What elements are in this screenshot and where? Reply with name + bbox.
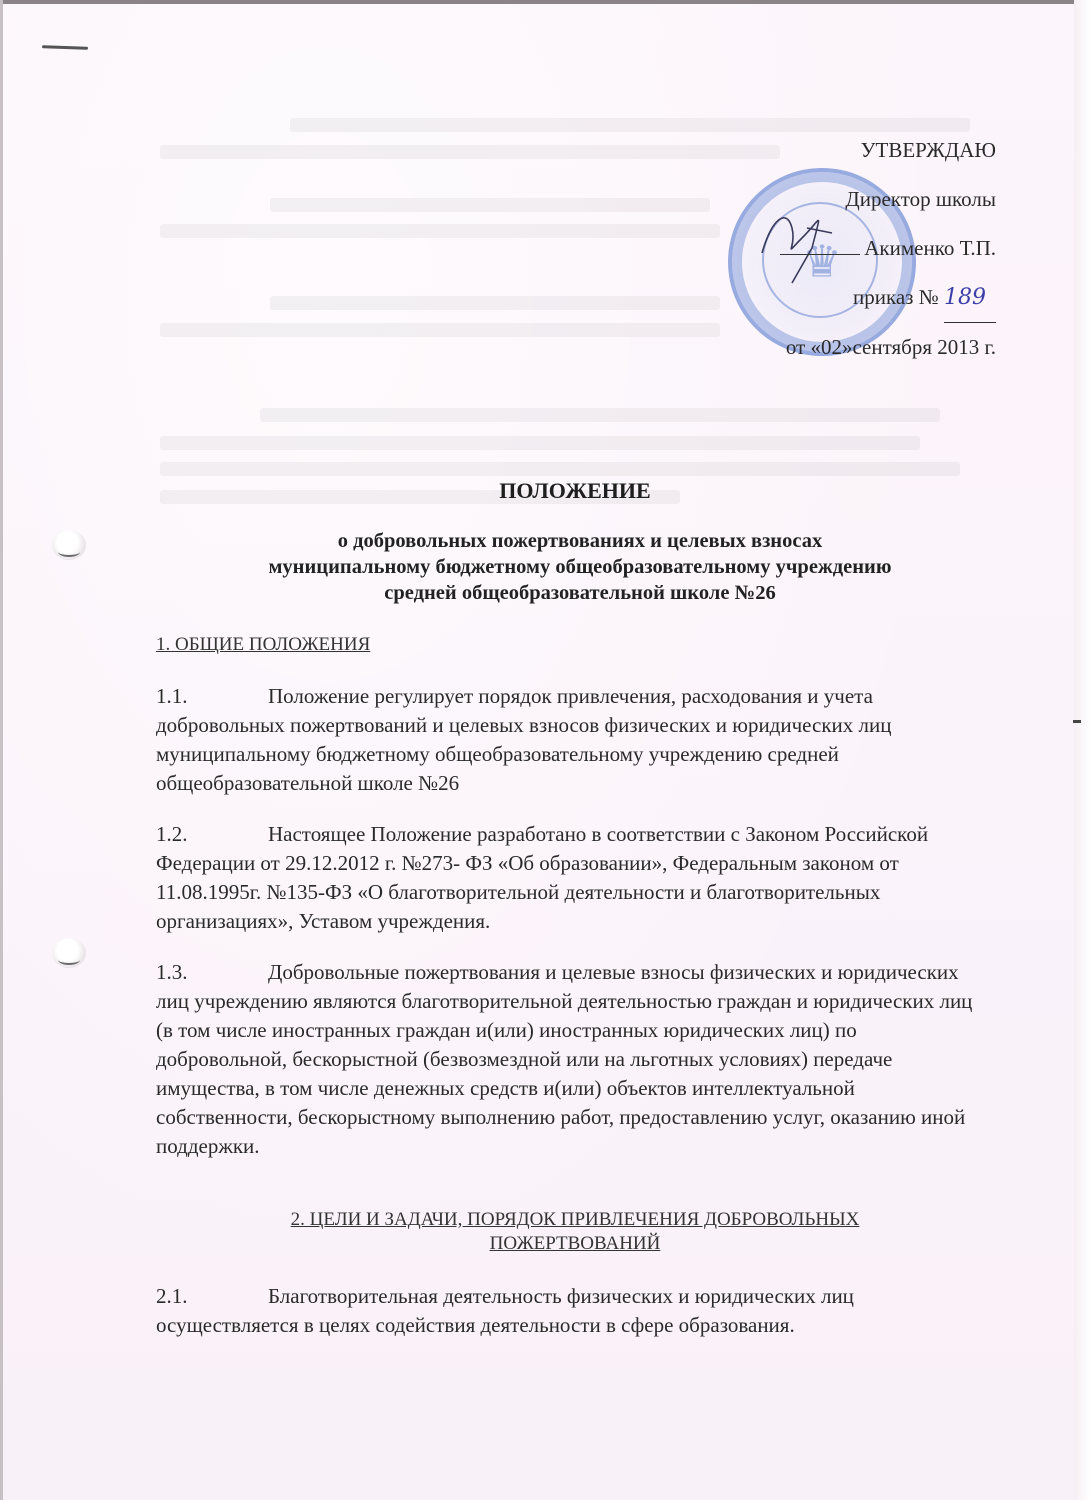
- scan-left-edge: [0, 0, 3, 1500]
- paragraph-number: 2.1.: [156, 1282, 268, 1311]
- paragraph-1-2: 1.2.Настоящее Положение разработано в со…: [156, 820, 991, 936]
- signature-line: [780, 253, 860, 255]
- paragraph-text: Настоящее Положение разработано в соотве…: [156, 822, 928, 933]
- director-name-row: Акименко Т.П.: [780, 224, 996, 273]
- order-number: 189: [944, 273, 996, 323]
- document-subtitle: о добровольных пожертвованиях и целевых …: [150, 528, 1010, 606]
- paragraph-text: Добровольные пожертвования и целевые взн…: [156, 960, 972, 1158]
- director-name: Акименко Т.П.: [864, 236, 996, 260]
- scan-top-edge: [0, 0, 1090, 4]
- section-2-heading: 2. ЦЕЛИ И ЗАДАЧИ, ПОРЯДОК ПРИВЛЕЧЕНИЯ ДО…: [150, 1208, 1000, 1256]
- approval-block: УТВЕРЖДАЮ Директор школы Акименко Т.П. п…: [780, 126, 996, 372]
- document-title: ПОЛОЖЕНИЕ: [0, 478, 1090, 504]
- paragraph-1-3: 1.3.Добровольные пожертвования и целевые…: [156, 958, 991, 1161]
- paragraph-number: 1.3.: [156, 958, 268, 987]
- punch-hole-icon: [52, 938, 86, 968]
- scan-right-edge: [1074, 0, 1090, 1500]
- margin-mark: [1073, 720, 1081, 723]
- paragraph-number: 1.1.: [156, 682, 268, 711]
- scanned-page: ♛ УТВЕРЖДАЮ Директор школы Акименко Т.П.…: [0, 0, 1090, 1500]
- order-label: приказ №: [853, 285, 939, 309]
- subtitle-line: средней общеобразовательной школе №26: [150, 580, 1010, 606]
- approval-date: от «02»сентября 2013 г.: [780, 323, 996, 372]
- approve-label: УТВЕРЖДАЮ: [780, 126, 996, 175]
- order-row: приказ № 189: [780, 273, 996, 323]
- section-heading-line: ПОЖЕРТВОВАНИЙ: [150, 1232, 1000, 1256]
- pen-dash-mark: [42, 45, 88, 50]
- director-position: Директор школы: [780, 175, 996, 224]
- paragraph-1-1: 1.1.Положение регулирует порядок привлеч…: [156, 682, 991, 798]
- subtitle-line: муниципальному бюджетному общеобразовате…: [150, 554, 1010, 580]
- section-heading-line: 2. ЦЕЛИ И ЗАДАЧИ, ПОРЯДОК ПРИВЛЕЧЕНИЯ ДО…: [150, 1208, 1000, 1232]
- paragraph-number: 1.2.: [156, 820, 268, 849]
- punch-hole-icon: [52, 530, 86, 560]
- paragraph-2-1: 2.1.Благотворительная деятельность физич…: [156, 1282, 991, 1340]
- section-1-heading: 1. ОБЩИЕ ПОЛОЖЕНИЯ: [156, 634, 370, 656]
- subtitle-line: о добровольных пожертвованиях и целевых …: [150, 528, 1010, 554]
